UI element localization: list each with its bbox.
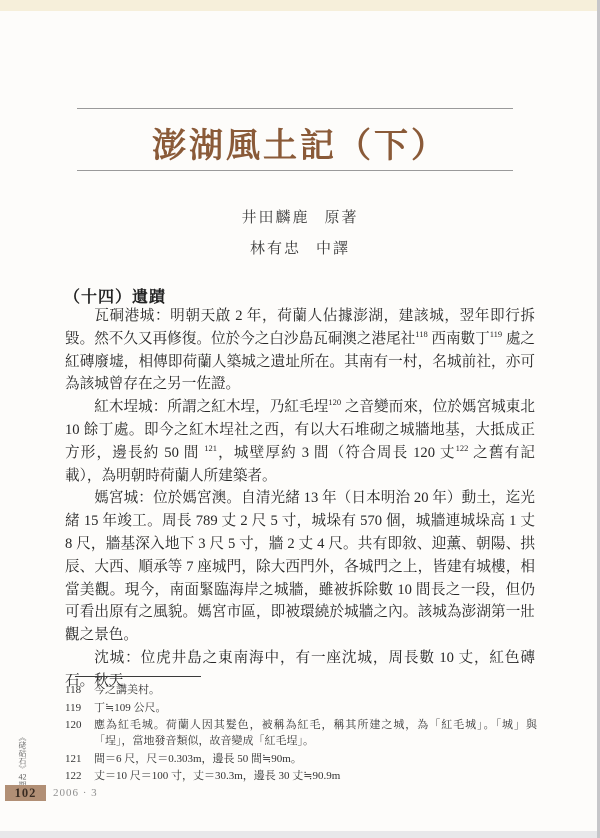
journal-name: 《硓𥑮石》 [18,733,27,773]
footnote-number: 118 [65,682,94,698]
author-line-original: 井田麟鹿原著 [0,206,600,227]
author-role: 原著 [325,210,359,226]
body-text: 西南數丁 [428,331,490,347]
footnote-number: 119 [65,700,94,716]
paragraph-watong-fort: 瓦硐港城：明朝天啟 2 年，荷蘭人佔據澎湖，建該城，翌年即行拆毀。然不久又再修復… [65,305,535,396]
footnote-item: 119丁≒109 公尺。 [65,700,537,716]
footnote-ref: 122 [456,443,469,453]
footnote-ref: 121 [204,443,217,453]
page-number-badge: 102 [5,785,46,801]
footnote-item: 121間＝6 尺，尺＝0.303m，邊長 50 間≒90m。 [65,751,537,767]
author-name: 林有忠 [250,241,301,257]
author-name: 井田麟鹿 [241,210,309,226]
footnote-item: 122丈＝10 尺＝100 寸，丈＝30.3m，邊長 30 丈≒90.9m [65,768,537,784]
body-text: 媽宮城：位於媽宮澳。自清光緒 13 年（日本明治 20 年）動土，迄光緒 15 … [65,490,535,643]
author-line-translator: 林有忠中譯 [0,237,600,258]
footnote-ref: 120 [328,397,341,407]
footnote-number: 120 [65,717,94,749]
paragraph-magong-city: 媽宮城：位於媽宮澳。自清光緒 13 年（日本明治 20 年）動土，迄光緒 15 … [65,487,535,647]
footnote-separator [75,676,201,677]
title-rule-bottom [77,170,513,171]
footnote-text: 丈＝10 尺＝100 寸，丈＝30.3m，邊長 30 丈≒90.9m [94,768,537,784]
footnote-number: 121 [65,751,94,767]
footnote-list: 118今之講美村。 119丁≒109 公尺。 120應為紅毛城。荷蘭人因其髮色，… [65,682,537,786]
footnote-text: 應為紅毛城。荷蘭人因其髮色，被稱為紅毛，稱其所建之城，為「紅毛城」。「城」與「埕… [94,717,537,749]
footnote-text: 今之講美村。 [94,682,537,698]
footnote-ref: 118 [415,329,427,339]
footnote-text: 間＝6 尺，尺＝0.303m，邊長 50 間≒90m。 [94,751,537,767]
section-heading: （十四）遺蹟 [64,284,166,307]
scan-top-edge [0,0,600,11]
journal-spine-label: 《硓𥑮石》42期 [14,733,30,789]
footnote-number: 122 [65,768,94,784]
body-text: 紅木埕城：所謂之紅木埕，乃紅毛埕 [94,399,328,415]
title-rule-top [77,108,513,109]
footnote-item: 118今之講美村。 [65,682,537,698]
footnote-item: 120應為紅毛城。荷蘭人因其髮色，被稱為紅毛，稱其所建之城，為「紅毛城」。「城」… [65,717,537,749]
article-title: 澎湖風土記（下） [0,118,600,167]
author-role: 中譯 [316,241,350,257]
journal-issue-number: 42 [18,773,27,781]
body-text: ，城壁厚約 3 間（符合周長 120 丈 [217,445,456,461]
issue-date: 2006 · 3 [53,787,98,799]
scanned-document-page: 澎湖風土記（下） 井田麟鹿原著 林有忠中譯 （十四）遺蹟 瓦硐港城：明朝天啟 2… [0,0,600,838]
footnote-text: 丁≒109 公尺。 [94,700,537,716]
article-body: 瓦硐港城：明朝天啟 2 年，荷蘭人佔據澎湖，建該城，翌年即行拆毀。然不久又再修復… [65,305,535,693]
paragraph-hongmucheng-fort: 紅木埕城：所謂之紅木埕，乃紅毛埕120 之音變而來，位於媽宮城東北 10 餘丁處… [65,396,535,487]
scan-bottom-edge [0,831,600,838]
footnote-ref: 119 [490,329,502,339]
